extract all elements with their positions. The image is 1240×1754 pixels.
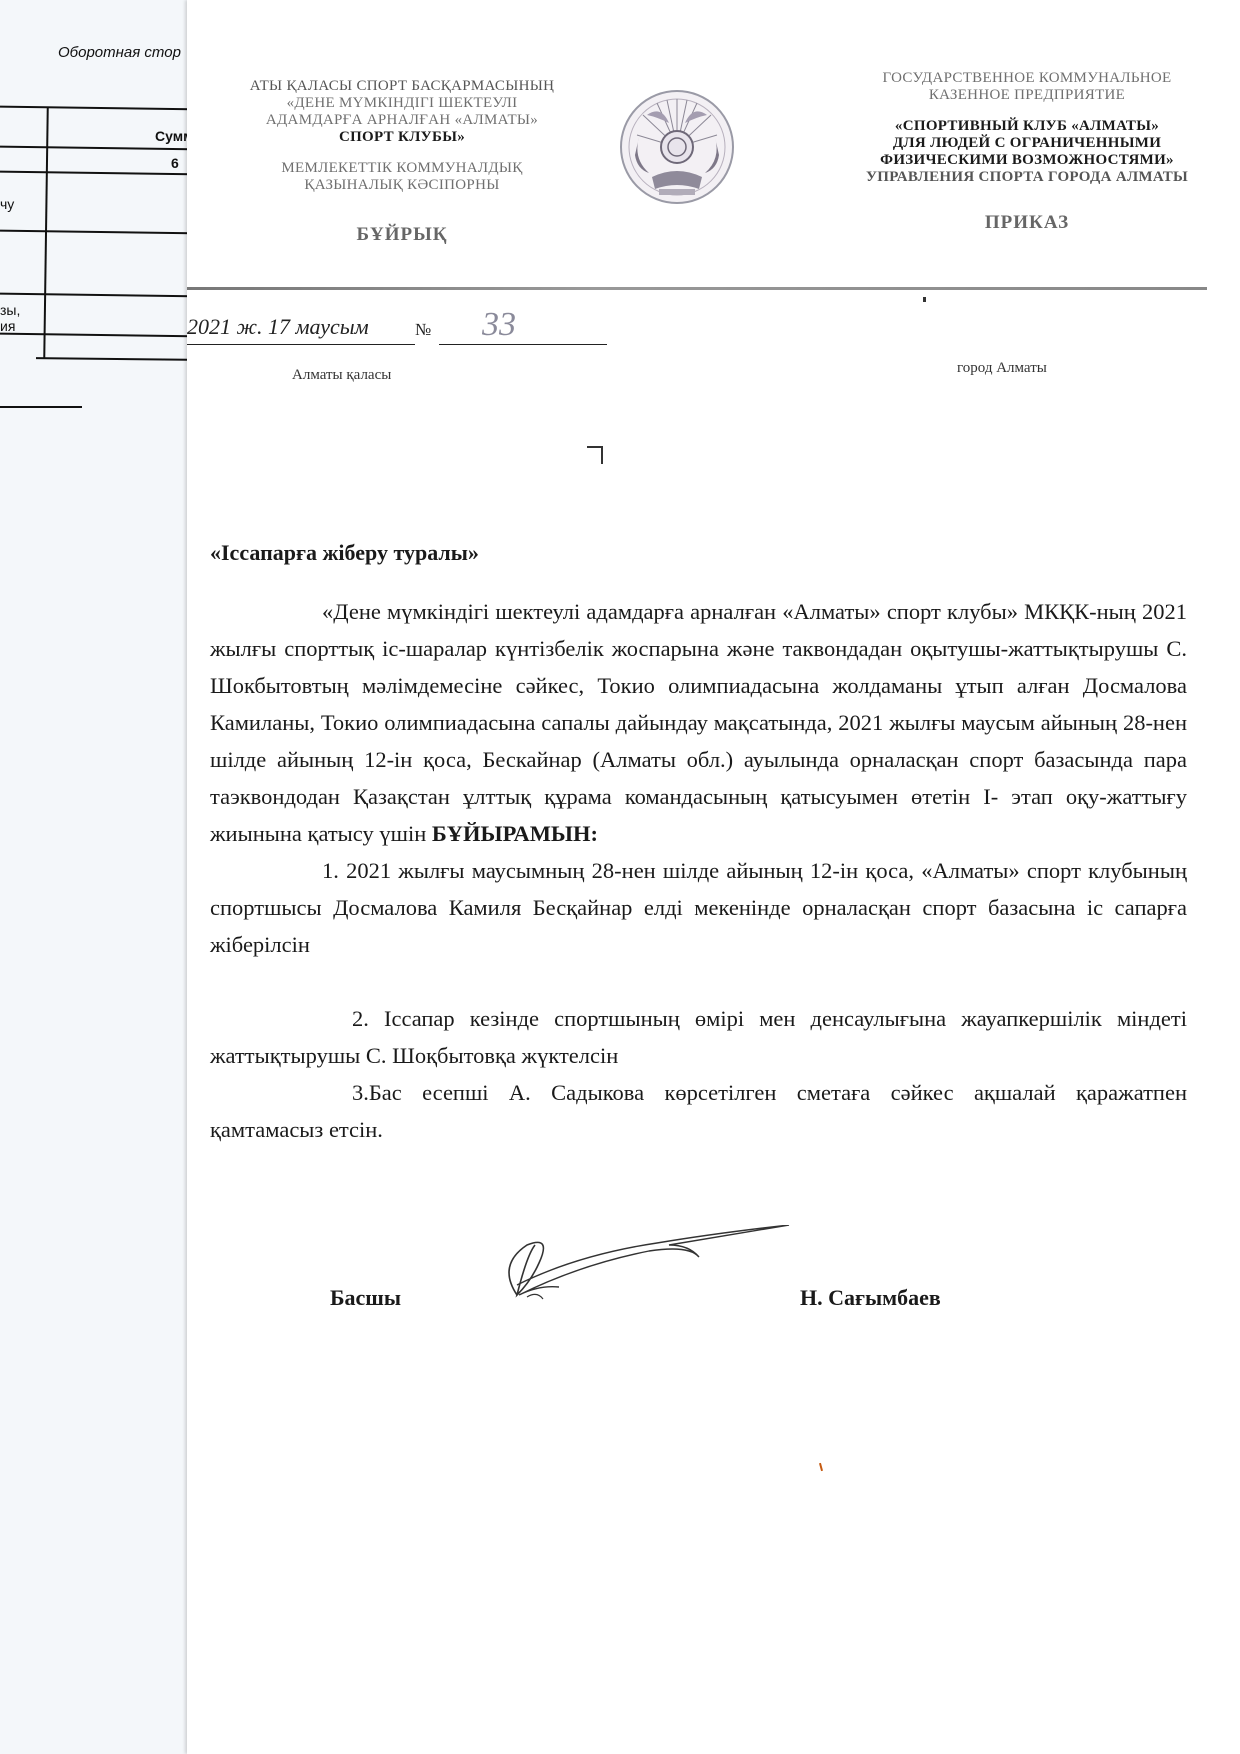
scan-speck: [923, 297, 926, 302]
number-underline: [439, 344, 607, 345]
table-line: [0, 293, 200, 298]
handwritten-order-number: 33: [482, 306, 516, 344]
order-item-2: 2. Іссапар кезінде спортшының өмірі мен …: [210, 1000, 1187, 1074]
header-kz-line: МЕМЛЕКЕТТІК КОММУНАЛДЫҚ: [187, 160, 617, 177]
document-body: «Дене мүмкіндігі шектеулі адамдарға арна…: [210, 593, 1187, 1148]
header-ru-line: КАЗЕННОЕ ПРЕДПРИЯТИЕ: [817, 87, 1237, 104]
underlying-form-sheet: Оборотная стор Сумм 6 чу зы, ия: [0, 0, 200, 1754]
table-line: [0, 230, 200, 235]
date-underline: [187, 344, 415, 345]
signatory-name: Н. Сағымбаев: [800, 1285, 941, 1311]
header-kazakh: АТЫ ҚАЛАСЫ СПОРТ БАСҚАРМАСЫНЫҢ «ДЕНЕ МҮМ…: [187, 78, 617, 246]
corner-mark: [587, 446, 603, 464]
handwritten-signature-icon: [477, 1225, 807, 1320]
header-russian: ГОСУДАРСТВЕННОЕ КОММУНАЛЬНОЕ КАЗЕННОЕ ПР…: [817, 70, 1237, 234]
order-word-kz: БҰЙРЫҚ: [187, 224, 617, 246]
scan-speck: [819, 1463, 823, 1471]
signatory-role: Басшы: [330, 1285, 401, 1311]
number-sign: №: [415, 320, 431, 340]
header-ru-line: ДЛЯ ЛЮДЕЙ С ОГРАНИЧЕННЫМИ: [817, 135, 1237, 152]
table-row-fragment: зы,: [0, 302, 20, 318]
header-kz-line: АДАМДАРҒА АРНАЛҒАН «АЛМАТЫ»: [187, 112, 617, 129]
table-number-cell: 6: [171, 155, 179, 171]
header-kz-line: ҚАЗЫНАЛЫҚ КӘСІПОРНЫ: [187, 177, 617, 194]
header-ru-line: «СПОРТИВНЫЙ КЛУБ «АЛМАТЫ»: [817, 118, 1237, 135]
table-line: [0, 106, 200, 111]
header-ru-line: ГОСУДАРСТВЕННОЕ КОММУНАЛЬНОЕ: [817, 70, 1237, 87]
state-emblem-icon: [617, 85, 737, 215]
table-line: [0, 171, 200, 176]
date-number-line: 2021 ж. 17 маусым № 33: [187, 308, 607, 346]
table-row-fragment: чу: [0, 196, 14, 212]
order-item-1: 1. 2021 жылғы маусымның 28-нен шілде айы…: [210, 852, 1187, 963]
underlying-sheet-caption: Оборотная стор: [58, 44, 181, 61]
order-item-3: 3.Бас есепші А. Садыкова көрсетілген сме…: [210, 1074, 1187, 1148]
table-row-fragment: ия: [0, 318, 15, 334]
table-line: [0, 333, 200, 338]
document-title: «Іссапарға жіберу туралы»: [210, 540, 479, 566]
header-divider: [187, 287, 1207, 290]
preamble-paragraph: «Дене мүмкіндігі шектеулі адамдарға арна…: [210, 593, 1187, 852]
table-line: [0, 406, 82, 408]
header-kz-line: СПОРТ КЛУБЫ»: [187, 129, 617, 146]
order-word-ru: ПРИКАЗ: [817, 212, 1237, 234]
header-ru-line: ФИЗИЧЕСКИМИ ВОЗМОЖНОСТЯМИ»: [817, 152, 1237, 169]
table-line: [36, 357, 200, 361]
table-line: [0, 146, 200, 151]
handwritten-date: 2021 ж. 17 маусым: [187, 314, 369, 340]
preamble-text: «Дене мүмкіндігі шектеулі адамдарға арна…: [210, 599, 1187, 846]
city-ru: город Алматы: [957, 360, 1047, 377]
command-word: БҰЙЫРАМЫН:: [432, 821, 598, 846]
order-document-page: АТЫ ҚАЛАСЫ СПОРТ БАСҚАРМАСЫНЫҢ «ДЕНЕ МҮМ…: [187, 0, 1240, 1754]
header-kz-line: «ДЕНЕ МҮМКІНДІГІ ШЕКТЕУЛІ: [187, 95, 617, 112]
header-kz-line: АТЫ ҚАЛАСЫ СПОРТ БАСҚАРМАСЫНЫҢ: [187, 78, 617, 95]
city-kz: Алматы қаласы: [292, 367, 391, 384]
header-ru-line: УПРАВЛЕНИЯ СПОРТА ГОРОДА АЛМАТЫ: [817, 169, 1237, 186]
